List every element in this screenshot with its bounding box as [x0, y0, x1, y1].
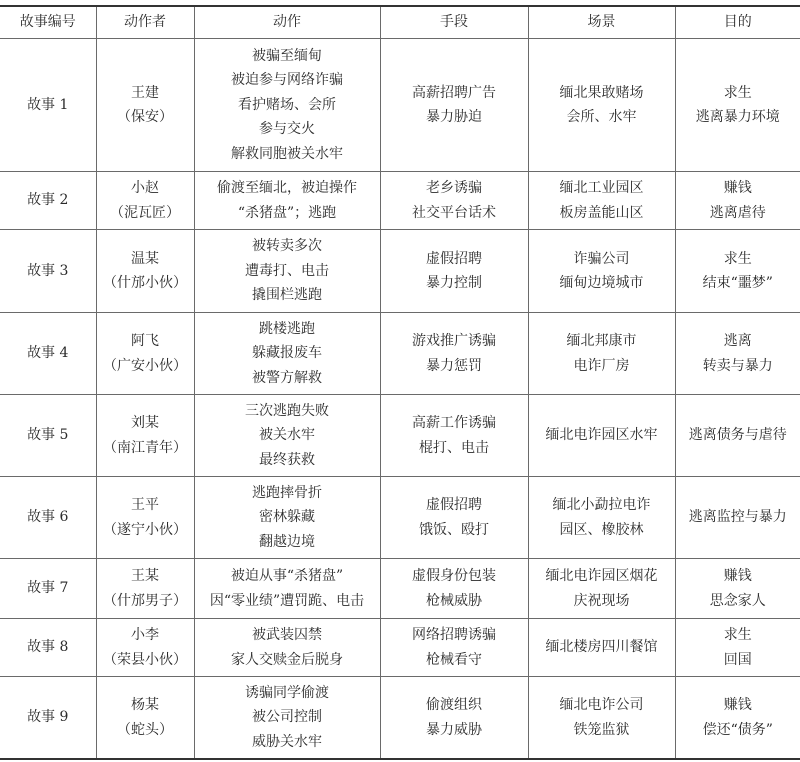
- cell-line: 参与交火: [197, 117, 378, 142]
- actions-cell: 偷渡至缅北，被迫操作“杀猪盘”；逃跑: [194, 172, 380, 230]
- actions-cell: 跳楼逃跑躲藏报废车被警方解救: [194, 313, 380, 395]
- cell-line: 被警方解救: [197, 366, 378, 391]
- cell-line: 求生: [678, 247, 799, 272]
- cell-line: 诱骗同学偷渡: [197, 681, 378, 706]
- cell-line: 高薪工作诱骗: [383, 411, 526, 436]
- actions-cell: 逃跑摔骨折密林躲藏翻越边境: [194, 477, 380, 559]
- cell-line: 社交平台话术: [383, 201, 526, 226]
- cell-line: 被骗至缅甸: [197, 44, 378, 69]
- table-row: 故事 9杨某（蛇头）诱骗同学偷渡被公司控制威胁关水牢偷渡组织暴力威胁缅北电诈公司…: [0, 677, 800, 760]
- actions-cell: 三次逃跑失败被关水牢最终获救: [194, 395, 380, 477]
- cell-line: 偿还“债务”: [678, 718, 799, 743]
- table-row: 故事 7王某（什邡男子）被迫从事“杀猪盘”因“零业绩”遭罚跪、电击虚假身份包装枪…: [0, 559, 800, 619]
- cell-line: 铁笼监狱: [531, 718, 673, 743]
- story-id-cell: 故事 1: [0, 39, 96, 172]
- scene-cell: 缅北电诈园区水牢: [528, 395, 675, 477]
- means-cell: 虚假招聘饿饭、殴打: [380, 477, 528, 559]
- means-cell: 网络招聘诱骗枪械看守: [380, 619, 528, 677]
- actions-cell: 被转卖多次遭毒打、电击撬围栏逃跑: [194, 230, 380, 313]
- cell-line: （什邡男子）: [99, 589, 192, 614]
- scene-cell: 缅北楼房四川餐馆: [528, 619, 675, 677]
- purpose-cell: 求生结束“噩梦”: [675, 230, 800, 313]
- cell-line: 虚假身份包装: [383, 564, 526, 589]
- cell-line: 偷渡组织: [383, 693, 526, 718]
- story-id-cell: 故事 9: [0, 677, 96, 760]
- cell-line: 缅北工业园区: [531, 176, 673, 201]
- cell-line: 赚钱: [678, 176, 799, 201]
- cell-line: 逃离暴力环境: [678, 105, 799, 130]
- cell-line: 虚假招聘: [383, 247, 526, 272]
- cell-line: 缅甸边境城市: [531, 271, 673, 296]
- cell-line: 棍打、电击: [383, 436, 526, 461]
- story-id-cell: 故事 6: [0, 477, 96, 559]
- actor-cell: 小赵（泥瓦匠）: [96, 172, 194, 230]
- cell-line: 赚钱: [678, 564, 799, 589]
- cell-line: 游戏推广诱骗: [383, 329, 526, 354]
- cell-line: 被迫从事“杀猪盘”: [197, 564, 378, 589]
- cell-line: 网络招聘诱骗: [383, 623, 526, 648]
- table-row: 故事 8小李（荣县小伙）被武装囚禁家人交赎金后脱身网络招聘诱骗枪械看守缅北楼房四…: [0, 619, 800, 677]
- cell-line: 王某: [99, 564, 192, 589]
- story-id-cell: 故事 2: [0, 172, 96, 230]
- cell-line: 转卖与暴力: [678, 354, 799, 379]
- cell-line: 逃跑摔骨折: [197, 481, 378, 506]
- cell-line: 缅北楼房四川餐馆: [531, 635, 673, 660]
- cell-line: 温某: [99, 247, 192, 272]
- cell-line: “杀猪盘”；逃跑: [197, 201, 378, 226]
- means-cell: 老乡诱骗社交平台话术: [380, 172, 528, 230]
- cell-line: （南江青年）: [99, 436, 192, 461]
- table-body: 故事 1王建（保安）被骗至缅甸被迫参与网络诈骗看护赌场、会所参与交火解救同胞被关…: [0, 39, 800, 760]
- story-id-cell: 故事 8: [0, 619, 96, 677]
- scene-cell: 缅北工业园区板房盖能山区: [528, 172, 675, 230]
- cell-line: 缅北小勐拉电诈: [531, 493, 673, 518]
- actor-cell: 王某（什邡男子）: [96, 559, 194, 619]
- cell-line: 阿飞: [99, 329, 192, 354]
- cell-line: 诈骗公司: [531, 247, 673, 272]
- actor-cell: 阿飞（广安小伙）: [96, 313, 194, 395]
- header-row: 故事编号 动作者 动作 手段 场景 目的: [0, 6, 800, 39]
- cell-line: （保安）: [99, 105, 192, 130]
- cell-line: 刘某: [99, 411, 192, 436]
- cell-line: （泥瓦匠）: [99, 201, 192, 226]
- header-story-id: 故事编号: [0, 6, 96, 39]
- cell-line: 庆祝现场: [531, 589, 673, 614]
- actions-cell: 被武装囚禁家人交赎金后脱身: [194, 619, 380, 677]
- purpose-cell: 赚钱逃离虐待: [675, 172, 800, 230]
- actions-cell: 诱骗同学偷渡被公司控制威胁关水牢: [194, 677, 380, 760]
- cell-line: 逃离: [678, 329, 799, 354]
- table-row: 故事 1王建（保安）被骗至缅甸被迫参与网络诈骗看护赌场、会所参与交火解救同胞被关…: [0, 39, 800, 172]
- cell-line: 撬围栏逃跑: [197, 283, 378, 308]
- purpose-cell: 赚钱偿还“债务”: [675, 677, 800, 760]
- cell-line: 密林躲藏: [197, 505, 378, 530]
- cell-line: 虚假招聘: [383, 493, 526, 518]
- purpose-cell: 逃离债务与虐待: [675, 395, 800, 477]
- cell-line: 板房盖能山区: [531, 201, 673, 226]
- actor-cell: 王建（保安）: [96, 39, 194, 172]
- means-cell: 偷渡组织暴力威胁: [380, 677, 528, 760]
- header-purpose: 目的: [675, 6, 800, 39]
- cell-line: 暴力威胁: [383, 718, 526, 743]
- actions-cell: 被迫从事“杀猪盘”因“零业绩”遭罚跪、电击: [194, 559, 380, 619]
- cell-line: 小赵: [99, 176, 192, 201]
- cell-line: 逃离虐待: [678, 201, 799, 226]
- header-actions: 动作: [194, 6, 380, 39]
- table-row: 故事 2小赵（泥瓦匠）偷渡至缅北，被迫操作“杀猪盘”；逃跑老乡诱骗社交平台话术缅…: [0, 172, 800, 230]
- scene-cell: 缅北果敢赌场会所、水牢: [528, 39, 675, 172]
- actions-cell: 被骗至缅甸被迫参与网络诈骗看护赌场、会所参与交火解救同胞被关水牢: [194, 39, 380, 172]
- means-cell: 高薪招聘广告暴力胁迫: [380, 39, 528, 172]
- purpose-cell: 赚钱思念家人: [675, 559, 800, 619]
- cell-line: 求生: [678, 81, 799, 106]
- cell-line: 缅北邦康市: [531, 329, 673, 354]
- cell-line: 杨某: [99, 693, 192, 718]
- actor-cell: 小李（荣县小伙）: [96, 619, 194, 677]
- cell-line: 暴力惩罚: [383, 354, 526, 379]
- header-means: 手段: [380, 6, 528, 39]
- cell-line: 被武装囚禁: [197, 623, 378, 648]
- table-row: 故事 6王平（遂宁小伙）逃跑摔骨折密林躲藏翻越边境虚假招聘饿饭、殴打缅北小勐拉电…: [0, 477, 800, 559]
- means-cell: 高薪工作诱骗棍打、电击: [380, 395, 528, 477]
- scene-cell: 缅北邦康市电诈厂房: [528, 313, 675, 395]
- purpose-cell: 逃离转卖与暴力: [675, 313, 800, 395]
- cell-line: 缅北电诈公司: [531, 693, 673, 718]
- cell-line: 被迫参与网络诈骗: [197, 68, 378, 93]
- means-cell: 虚假招聘暴力控制: [380, 230, 528, 313]
- cell-line: 回国: [678, 648, 799, 673]
- cell-line: 最终获救: [197, 448, 378, 473]
- story-id-cell: 故事 4: [0, 313, 96, 395]
- cell-line: （广安小伙）: [99, 354, 192, 379]
- cell-line: 小李: [99, 623, 192, 648]
- story-table: 故事编号 动作者 动作 手段 场景 目的 故事 1王建（保安）被骗至缅甸被迫参与…: [0, 5, 800, 760]
- cell-line: 枪械看守: [383, 648, 526, 673]
- cell-line: 三次逃跑失败: [197, 399, 378, 424]
- scene-cell: 诈骗公司缅甸边境城市: [528, 230, 675, 313]
- cell-line: 老乡诱骗: [383, 176, 526, 201]
- story-id-cell: 故事 7: [0, 559, 96, 619]
- purpose-cell: 求生逃离暴力环境: [675, 39, 800, 172]
- cell-line: 逃离债务与虐待: [678, 423, 799, 448]
- cell-line: 缅北电诈园区水牢: [531, 423, 673, 448]
- cell-line: 电诈厂房: [531, 354, 673, 379]
- purpose-cell: 逃离监控与暴力: [675, 477, 800, 559]
- means-cell: 虚假身份包装枪械威胁: [380, 559, 528, 619]
- scene-cell: 缅北电诈公司铁笼监狱: [528, 677, 675, 760]
- cell-line: 遭毒打、电击: [197, 259, 378, 284]
- scene-cell: 缅北小勐拉电诈园区、橡胶林: [528, 477, 675, 559]
- cell-line: 赚钱: [678, 693, 799, 718]
- cell-line: 饿饭、殴打: [383, 518, 526, 543]
- cell-line: 缅北电诈园区烟花: [531, 564, 673, 589]
- cell-line: 会所、水牢: [531, 105, 673, 130]
- cell-line: 解救同胞被关水牢: [197, 142, 378, 167]
- cell-line: 翻越边境: [197, 530, 378, 555]
- table-row: 故事 5刘某（南江青年）三次逃跑失败被关水牢最终获救高薪工作诱骗棍打、电击缅北电…: [0, 395, 800, 477]
- cell-line: 园区、橡胶林: [531, 518, 673, 543]
- cell-line: 因“零业绩”遭罚跪、电击: [197, 589, 378, 614]
- means-cell: 游戏推广诱骗暴力惩罚: [380, 313, 528, 395]
- cell-line: 王平: [99, 493, 192, 518]
- cell-line: 被转卖多次: [197, 234, 378, 259]
- cell-line: 枪械威胁: [383, 589, 526, 614]
- cell-line: 暴力胁迫: [383, 105, 526, 130]
- cell-line: 跳楼逃跑: [197, 317, 378, 342]
- cell-line: 思念家人: [678, 589, 799, 614]
- actor-cell: 刘某（南江青年）: [96, 395, 194, 477]
- cell-line: 被公司控制: [197, 705, 378, 730]
- cell-line: （遂宁小伙）: [99, 518, 192, 543]
- cell-line: 王建: [99, 81, 192, 106]
- actor-cell: 杨某（蛇头）: [96, 677, 194, 760]
- story-id-cell: 故事 5: [0, 395, 96, 477]
- cell-line: 高薪招聘广告: [383, 81, 526, 106]
- cell-line: （什邡小伙）: [99, 271, 192, 296]
- cell-line: 偷渡至缅北，被迫操作: [197, 176, 378, 201]
- cell-line: 被关水牢: [197, 423, 378, 448]
- cell-line: 逃离监控与暴力: [678, 505, 799, 530]
- cell-line: 暴力控制: [383, 271, 526, 296]
- cell-line: 缅北果敢赌场: [531, 81, 673, 106]
- table-row: 故事 4阿飞（广安小伙）跳楼逃跑躲藏报废车被警方解救游戏推广诱骗暴力惩罚缅北邦康…: [0, 313, 800, 395]
- scene-cell: 缅北电诈园区烟花庆祝现场: [528, 559, 675, 619]
- cell-line: （荣县小伙）: [99, 648, 192, 673]
- cell-line: 看护赌场、会所: [197, 93, 378, 118]
- actor-cell: 王平（遂宁小伙）: [96, 477, 194, 559]
- cell-line: 结束“噩梦”: [678, 271, 799, 296]
- cell-line: 家人交赎金后脱身: [197, 648, 378, 673]
- purpose-cell: 求生回国: [675, 619, 800, 677]
- header-scene: 场景: [528, 6, 675, 39]
- cell-line: 威胁关水牢: [197, 730, 378, 755]
- table-row: 故事 3温某（什邡小伙）被转卖多次遭毒打、电击撬围栏逃跑虚假招聘暴力控制诈骗公司…: [0, 230, 800, 313]
- story-id-cell: 故事 3: [0, 230, 96, 313]
- cell-line: （蛇头）: [99, 718, 192, 743]
- cell-line: 躲藏报废车: [197, 341, 378, 366]
- cell-line: 求生: [678, 623, 799, 648]
- header-actor: 动作者: [96, 6, 194, 39]
- actor-cell: 温某（什邡小伙）: [96, 230, 194, 313]
